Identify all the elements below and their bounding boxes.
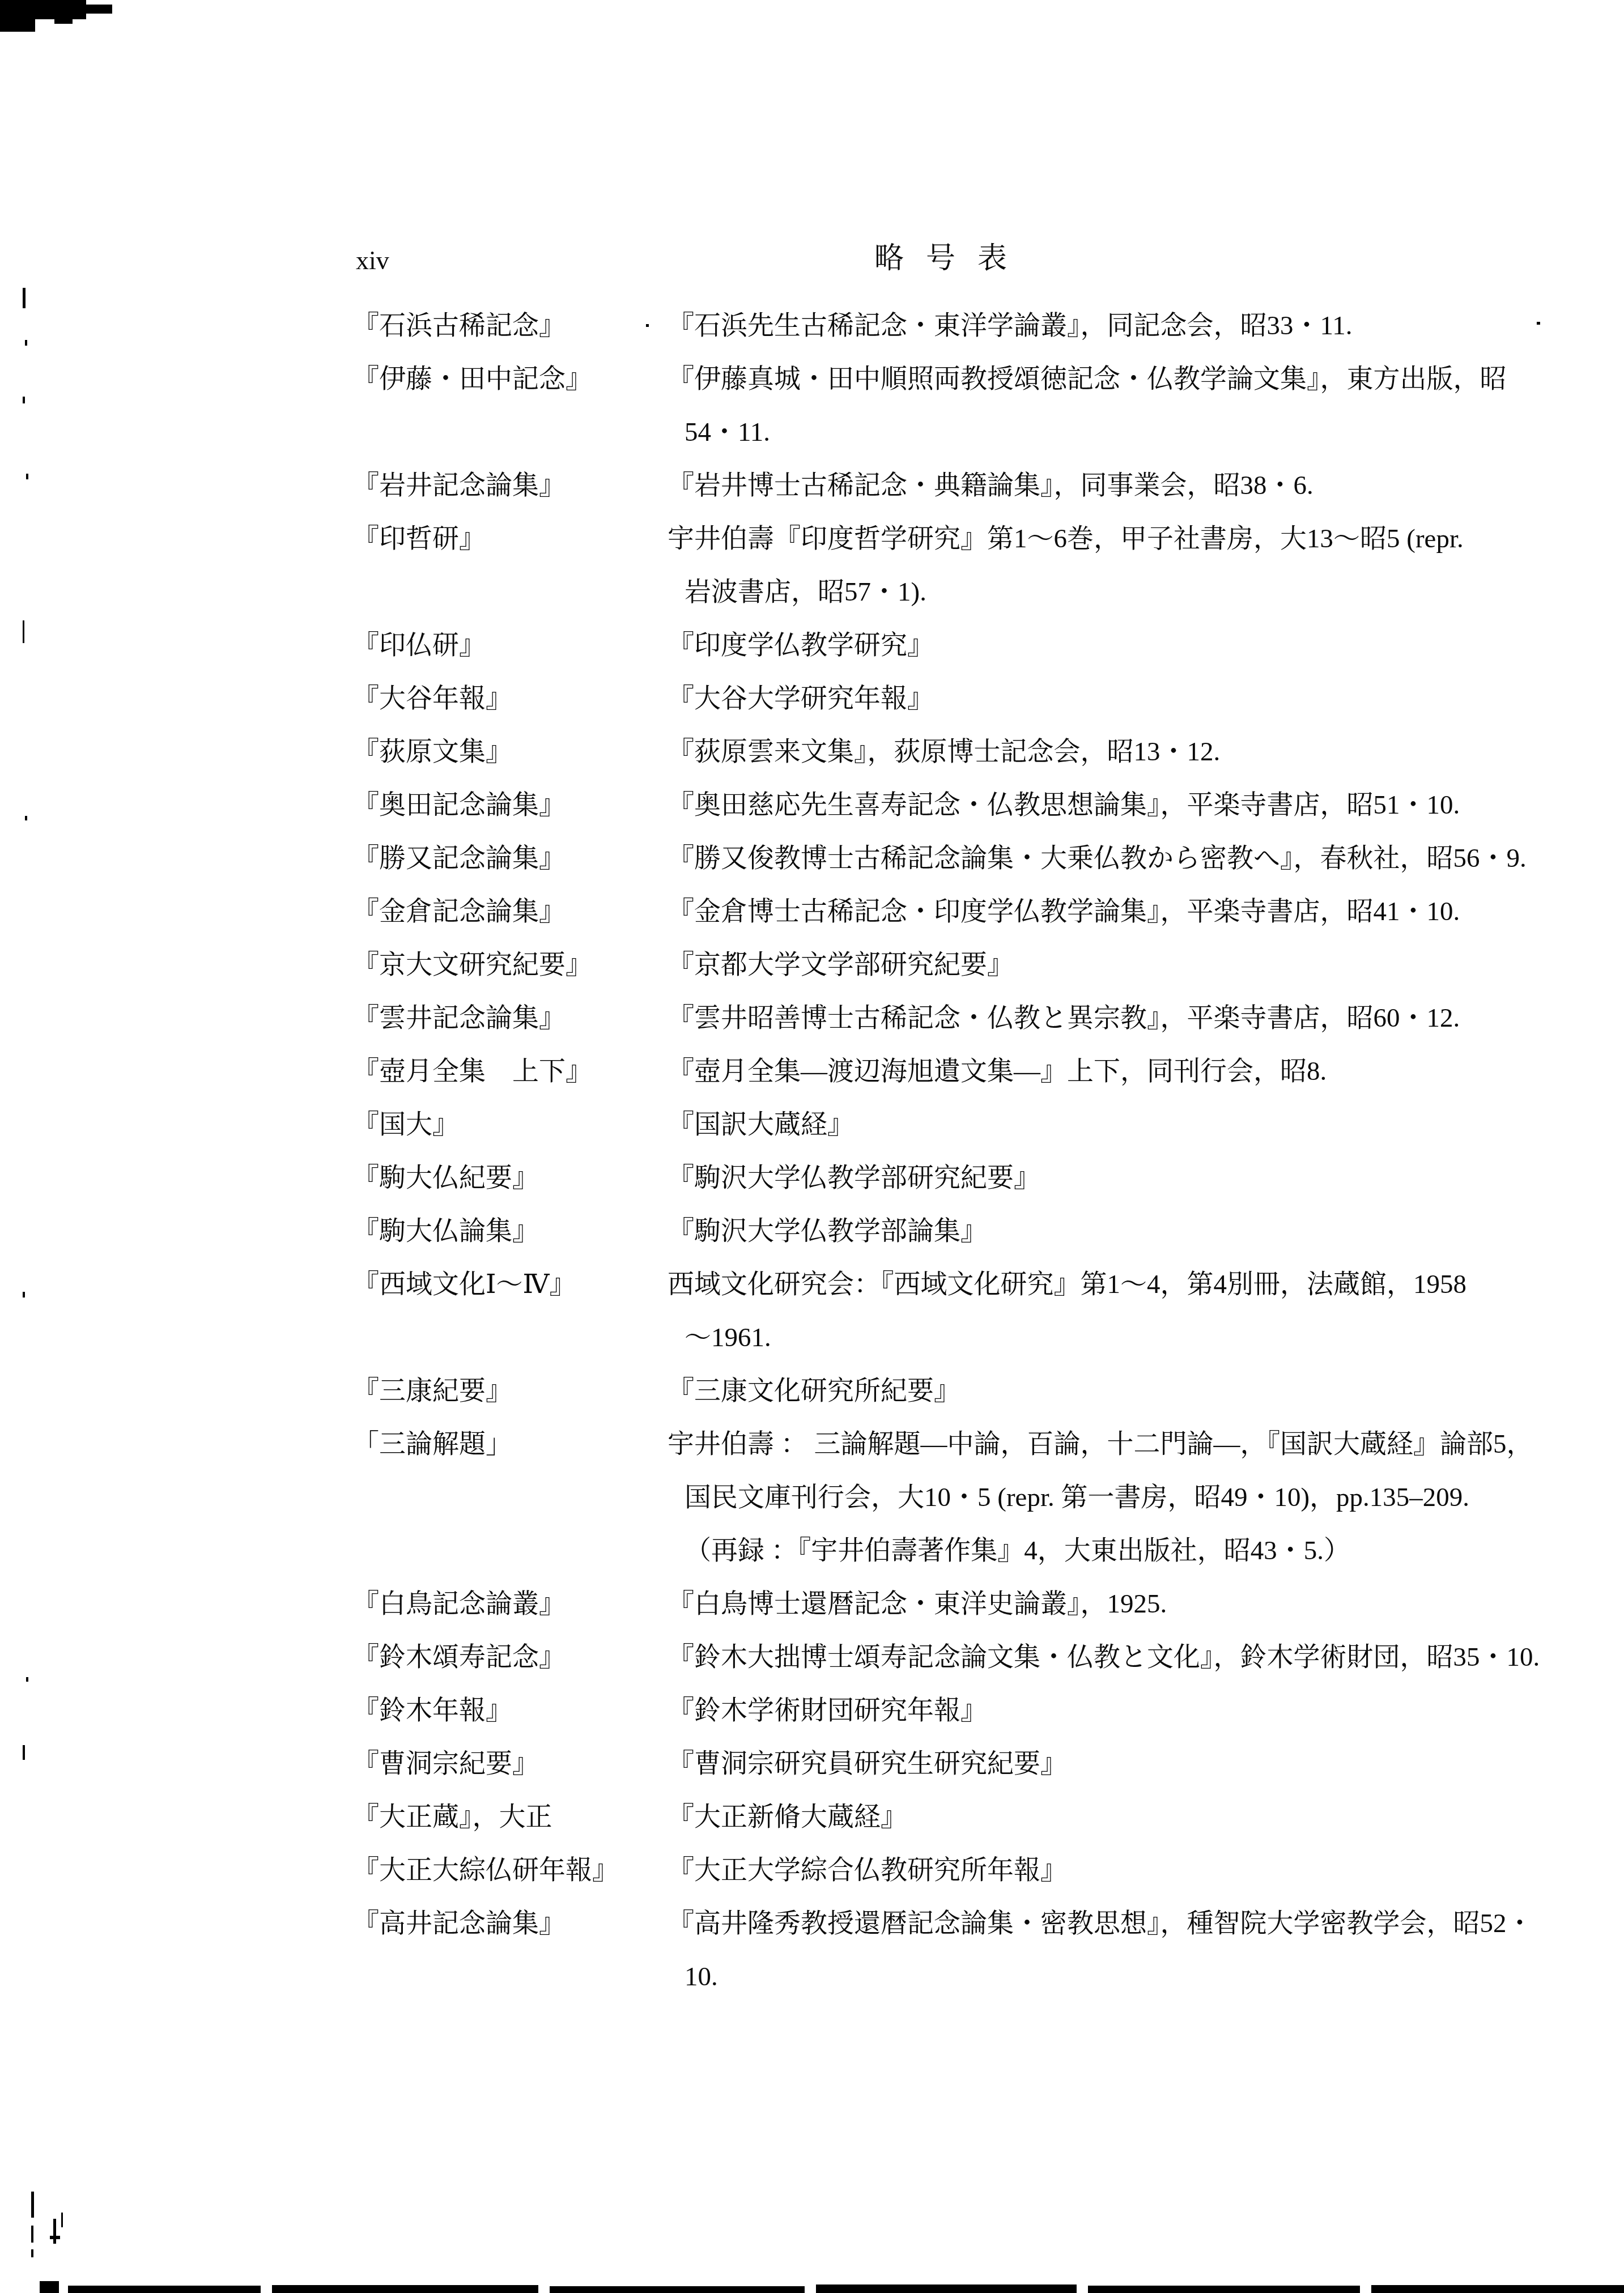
abbreviation-entry: 『国大』 『国訳大蔵経』 bbox=[0, 1098, 1624, 1151]
entry-definition: 『曹洞宗研究員研究生研究紀要』 bbox=[668, 1737, 1624, 1790]
definition-line: 『大正新脩大蔵経』 bbox=[668, 1790, 1624, 1844]
entry-abbr: 『三康紀要』 bbox=[352, 1364, 512, 1418]
scanned-document-page: xiv 略 号 表 『石浜古稀記念』 『石浜先生古稀記念・東洋学論叢』，同記念会… bbox=[0, 0, 1624, 2293]
scan-artifact bbox=[68, 2286, 261, 2293]
entry-abbr: 『石浜古稀記念』 bbox=[352, 299, 566, 352]
definition-line: 『曹洞宗研究員研究生研究紀要』 bbox=[668, 1737, 1624, 1790]
entry-abbr: 「三論解題」 bbox=[352, 1418, 512, 1471]
definition-line: 『荻原雲来文集』，荻原博士記念会，昭13・12. bbox=[668, 725, 1624, 778]
abbreviation-entry: 『印仏研』 『印度学仏教学研究』 bbox=[0, 619, 1624, 672]
abbreviation-entry: 『壺月全集 上下』 『壺月全集―渡辺海旭遺文集―』上下，同刊行会，昭8. bbox=[0, 1045, 1624, 1098]
entry-abbr: 『金倉記念論集』 bbox=[352, 885, 566, 938]
definition-line: 『石浜先生古稀記念・東洋学論叢』，同記念会，昭33・11. bbox=[668, 299, 1624, 352]
definition-line: 国民文庫刊行会，大10・5 (repr. 第一書房，昭49・10)，pp.135… bbox=[668, 1471, 1624, 1524]
abbreviation-entry: 『高井記念論集』 『高井隆秀教授還暦記念論集・密教思想』，種智院大学密教学会，昭… bbox=[0, 1897, 1624, 2003]
scan-artifact bbox=[79, 5, 112, 14]
entry-definition: 『京都大学文学部研究紀要』 bbox=[668, 938, 1624, 992]
scan-artifact bbox=[1088, 2286, 1360, 2293]
abbreviation-entry: 『石浜古稀記念』 『石浜先生古稀記念・東洋学論叢』，同記念会，昭33・11. bbox=[0, 299, 1624, 352]
entry-abbr: 『駒大仏紀要』 bbox=[352, 1151, 539, 1205]
definition-line: 『印度学仏教学研究』 bbox=[668, 619, 1624, 672]
entry-definition: 宇井伯壽『印度哲学研究』第1〜6巻，甲子社書房，大13〜昭5 (repr. 岩波… bbox=[668, 512, 1624, 619]
definition-line: 『雲井昭善博士古稀記念・仏教と異宗教』，平楽寺書店，昭60・12. bbox=[668, 992, 1624, 1045]
entry-abbr: 『曹洞宗紀要』 bbox=[352, 1737, 539, 1790]
entry-definition: 『奥田慈応先生喜寿記念・仏教思想論集』，平楽寺書店，昭51・10. bbox=[668, 778, 1624, 832]
abbreviation-list: 『石浜古稀記念』 『石浜先生古稀記念・東洋学論叢』，同記念会，昭33・11. 『… bbox=[0, 299, 1624, 2003]
abbreviation-entry: 『大正蔵』，大正 『大正新脩大蔵経』 bbox=[0, 1790, 1624, 1844]
abbreviation-entry: 『三康紀要』 『三康文化研究所紀要』 bbox=[0, 1364, 1624, 1418]
definition-line: 宇井伯壽『印度哲学研究』第1〜6巻，甲子社書房，大13〜昭5 (repr. bbox=[668, 512, 1624, 565]
entry-abbr: 『岩井記念論集』 bbox=[352, 459, 566, 512]
definition-line: （再録 ：『宇井伯壽著作集』4，大東出版社，昭43・5.） bbox=[668, 1524, 1624, 1577]
entry-definition: 『印度学仏教学研究』 bbox=[668, 619, 1624, 672]
abbreviation-entry: 『金倉記念論集』 『金倉博士古稀記念・印度学仏教学論集』，平楽寺書店，昭41・1… bbox=[0, 885, 1624, 938]
definition-line: 『白鳥博士還暦記念・東洋史論叢』，1925. bbox=[668, 1577, 1624, 1631]
definition-line: 『国訳大蔵経』 bbox=[668, 1098, 1624, 1151]
entry-definition: 『荻原雲来文集』，荻原博士記念会，昭13・12. bbox=[668, 725, 1624, 778]
abbreviation-entry: 『雲井記念論集』 『雲井昭善博士古稀記念・仏教と異宗教』，平楽寺書店，昭60・1… bbox=[0, 992, 1624, 1045]
entry-definition: 『高井隆秀教授還暦記念論集・密教思想』，種智院大学密教学会，昭52・ 10. bbox=[668, 1897, 1624, 2003]
entry-definition: 『駒沢大学仏教学部論集』 bbox=[668, 1205, 1624, 1258]
entry-definition: 『駒沢大学仏教学部研究紀要』 bbox=[668, 1151, 1624, 1205]
entry-abbr: 『印仏研』 bbox=[352, 619, 486, 672]
entry-abbr: 『大正蔵』，大正 bbox=[352, 1790, 552, 1844]
entry-definition: 『大正大学綜合仏教研究所年報』 bbox=[668, 1844, 1624, 1897]
abbreviation-entry: 『西域文化Ⅰ〜Ⅳ』 西域文化研究会：『西域文化研究』第1〜4，第4別冊，法蔵館，… bbox=[0, 1258, 1624, 1364]
entry-definition: 『白鳥博士還暦記念・東洋史論叢』，1925. bbox=[668, 1577, 1624, 1631]
definition-line: 『壺月全集―渡辺海旭遺文集―』上下，同刊行会，昭8. bbox=[668, 1045, 1624, 1098]
scan-artifact bbox=[31, 2249, 33, 2257]
entry-abbr: 『駒大仏論集』 bbox=[352, 1205, 539, 1258]
entry-definition: 『三康文化研究所紀要』 bbox=[668, 1364, 1624, 1418]
definition-line: 『高井隆秀教授還暦記念論集・密教思想』，種智院大学密教学会，昭52・ bbox=[668, 1897, 1624, 1950]
abbreviation-entry: 『鈴木年報』 『鈴木学術財団研究年報』 bbox=[0, 1684, 1624, 1737]
entry-abbr: 『印哲研』 bbox=[352, 512, 486, 565]
definition-line: 『京都大学文学部研究紀要』 bbox=[668, 938, 1624, 992]
entry-abbr: 『壺月全集 上下』 bbox=[352, 1045, 592, 1098]
entry-definition: 『石浜先生古稀記念・東洋学論叢』，同記念会，昭33・11. bbox=[668, 299, 1624, 352]
scan-artifact bbox=[53, 2219, 56, 2244]
definition-line: 『伊藤真城・田中順照両教授頌徳記念・仏教学論文集』，東方出版，昭 bbox=[668, 352, 1624, 406]
entry-definition: 西域文化研究会：『西域文化研究』第1〜4，第4別冊，法蔵館，1958 〜1961… bbox=[668, 1258, 1624, 1364]
entry-definition: 『壺月全集―渡辺海旭遺文集―』上下，同刊行会，昭8. bbox=[668, 1045, 1624, 1098]
entry-definition: 『勝又俊教博士古稀記念論集・大乗仏教から密教へ』，春秋社，昭56・9. bbox=[668, 832, 1624, 885]
entry-definition: 『鈴木学術財団研究年報』 bbox=[668, 1684, 1624, 1737]
definition-line: 54・11. bbox=[668, 406, 1624, 459]
entry-definition: 『雲井昭善博士古稀記念・仏教と異宗教』，平楽寺書店，昭60・12. bbox=[668, 992, 1624, 1045]
entry-abbr: 『伊藤・田中記念』 bbox=[352, 352, 592, 406]
definition-line: 10. bbox=[668, 1950, 1624, 2003]
abbreviation-entry: 『大谷年報』 『大谷大学研究年報』 bbox=[0, 672, 1624, 725]
entry-definition: 『大正新脩大蔵経』 bbox=[668, 1790, 1624, 1844]
entry-abbr: 『白鳥記念論叢』 bbox=[352, 1577, 566, 1631]
entry-definition: 『金倉博士古稀記念・印度学仏教学論集』，平楽寺書店，昭41・10. bbox=[668, 885, 1624, 938]
abbreviation-entry: 『奥田記念論集』 『奥田慈応先生喜寿記念・仏教思想論集』，平楽寺書店，昭51・1… bbox=[0, 778, 1624, 832]
scan-artifact bbox=[31, 2192, 34, 2218]
scan-artifact bbox=[40, 2281, 59, 2293]
scan-artifact bbox=[54, 17, 73, 24]
definition-line: 『鈴木学術財団研究年報』 bbox=[668, 1684, 1624, 1737]
definition-line: 〜1961. bbox=[668, 1311, 1624, 1364]
abbreviation-entry: 『曹洞宗紀要』 『曹洞宗研究員研究生研究紀要』 bbox=[0, 1737, 1624, 1790]
entry-abbr: 『西域文化Ⅰ〜Ⅳ』 bbox=[352, 1258, 576, 1311]
entry-abbr: 『奥田記念論集』 bbox=[352, 778, 566, 832]
abbreviation-entry: 『岩井記念論集』 『岩井博士古稀記念・典籍論集』，同事業会，昭38・6. bbox=[0, 459, 1624, 512]
definition-line: 『駒沢大学仏教学部論集』 bbox=[668, 1205, 1624, 1258]
entry-abbr: 『雲井記念論集』 bbox=[352, 992, 566, 1045]
entry-definition: 『鈴木大拙博士頌寿記念論文集・仏教と文化』，鈴木学術財団，昭35・10. bbox=[668, 1631, 1624, 1684]
entry-abbr: 『鈴木年報』 bbox=[352, 1684, 512, 1737]
abbreviation-entry: 『伊藤・田中記念』 『伊藤真城・田中順照両教授頌徳記念・仏教学論文集』，東方出版… bbox=[0, 352, 1624, 459]
entry-abbr: 『荻原文集』 bbox=[352, 725, 512, 778]
page-number: xiv bbox=[356, 244, 389, 278]
entry-abbr: 『国大』 bbox=[352, 1098, 459, 1151]
definition-line: 西域文化研究会：『西域文化研究』第1〜4，第4別冊，法蔵館，1958 bbox=[668, 1258, 1624, 1311]
entry-definition: 宇井伯壽 ： 三論解題―中論，百論，十二門論―，『国訳大蔵経』論部5， 国民文庫… bbox=[668, 1418, 1624, 1577]
scan-artifact bbox=[1371, 2285, 1624, 2293]
scan-artifact bbox=[816, 2285, 1077, 2293]
abbreviation-entry: 『荻原文集』 『荻原雲来文集』，荻原博士記念会，昭13・12. bbox=[0, 725, 1624, 778]
entry-abbr: 『大谷年報』 bbox=[352, 672, 512, 725]
abbreviation-entry: 『京大文研究紀要』 『京都大学文学部研究紀要』 bbox=[0, 938, 1624, 992]
entry-definition: 『国訳大蔵経』 bbox=[668, 1098, 1624, 1151]
entry-abbr: 『高井記念論集』 bbox=[352, 1897, 566, 1950]
definition-line: 『鈴木大拙博士頌寿記念論文集・仏教と文化』，鈴木学術財団，昭35・10. bbox=[668, 1631, 1624, 1684]
definition-line: 『勝又俊教博士古稀記念論集・大乗仏教から密教へ』，春秋社，昭56・9. bbox=[668, 832, 1624, 885]
scan-artifact bbox=[31, 2226, 33, 2243]
entry-abbr: 『鈴木頌寿記念』 bbox=[352, 1631, 566, 1684]
abbreviation-entry: 『駒大仏論集』 『駒沢大学仏教学部論集』 bbox=[0, 1205, 1624, 1258]
scan-artifact bbox=[0, 0, 35, 32]
scan-artifact bbox=[61, 2213, 63, 2227]
definition-line: 『岩井博士古稀記念・典籍論集』，同事業会，昭38・6. bbox=[668, 459, 1624, 512]
definition-line: 『金倉博士古稀記念・印度学仏教学論集』，平楽寺書店，昭41・10. bbox=[668, 885, 1624, 938]
abbreviation-entry: 『勝又記念論集』 『勝又俊教博士古稀記念論集・大乗仏教から密教へ』，春秋社，昭5… bbox=[0, 832, 1624, 885]
page-title: 略 号 表 bbox=[874, 240, 1007, 278]
entry-definition: 『大谷大学研究年報』 bbox=[668, 672, 1624, 725]
abbreviation-entry: 『印哲研』 宇井伯壽『印度哲学研究』第1〜6巻，甲子社書房，大13〜昭5 (re… bbox=[0, 512, 1624, 619]
abbreviation-entry: 『白鳥記念論叢』 『白鳥博士還暦記念・東洋史論叢』，1925. bbox=[0, 1577, 1624, 1631]
definition-line: 『奥田慈応先生喜寿記念・仏教思想論集』，平楽寺書店，昭51・10. bbox=[668, 778, 1624, 832]
abbreviation-entry: 「三論解題」 宇井伯壽 ： 三論解題―中論，百論，十二門論―，『国訳大蔵経』論部… bbox=[0, 1418, 1624, 1577]
abbreviation-entry: 『大正大綜仏研年報』 『大正大学綜合仏教研究所年報』 bbox=[0, 1844, 1624, 1897]
scan-artifact bbox=[550, 2286, 805, 2293]
definition-line: 『三康文化研究所紀要』 bbox=[668, 1364, 1624, 1418]
entry-abbr: 『京大文研究紀要』 bbox=[352, 938, 592, 992]
scan-artifact bbox=[272, 2285, 538, 2293]
definition-line: 岩波書店，昭57・1). bbox=[668, 565, 1624, 619]
entry-definition: 『伊藤真城・田中順照両教授頌徳記念・仏教学論文集』，東方出版，昭 54・11. bbox=[668, 352, 1624, 459]
definition-line: 宇井伯壽 ： 三論解題―中論，百論，十二門論―，『国訳大蔵経』論部5， bbox=[668, 1418, 1624, 1471]
abbreviation-entry: 『駒大仏紀要』 『駒沢大学仏教学部研究紀要』 bbox=[0, 1151, 1624, 1205]
definition-line: 『駒沢大学仏教学部研究紀要』 bbox=[668, 1151, 1624, 1205]
entry-definition: 『岩井博士古稀記念・典籍論集』，同事業会，昭38・6. bbox=[668, 459, 1624, 512]
abbreviation-entry: 『鈴木頌寿記念』 『鈴木大拙博士頌寿記念論文集・仏教と文化』，鈴木学術財団，昭3… bbox=[0, 1631, 1624, 1684]
entry-abbr: 『勝又記念論集』 bbox=[352, 832, 566, 885]
definition-line: 『大谷大学研究年報』 bbox=[668, 672, 1624, 725]
entry-abbr: 『大正大綜仏研年報』 bbox=[352, 1844, 619, 1897]
definition-line: 『大正大学綜合仏教研究所年報』 bbox=[668, 1844, 1624, 1897]
